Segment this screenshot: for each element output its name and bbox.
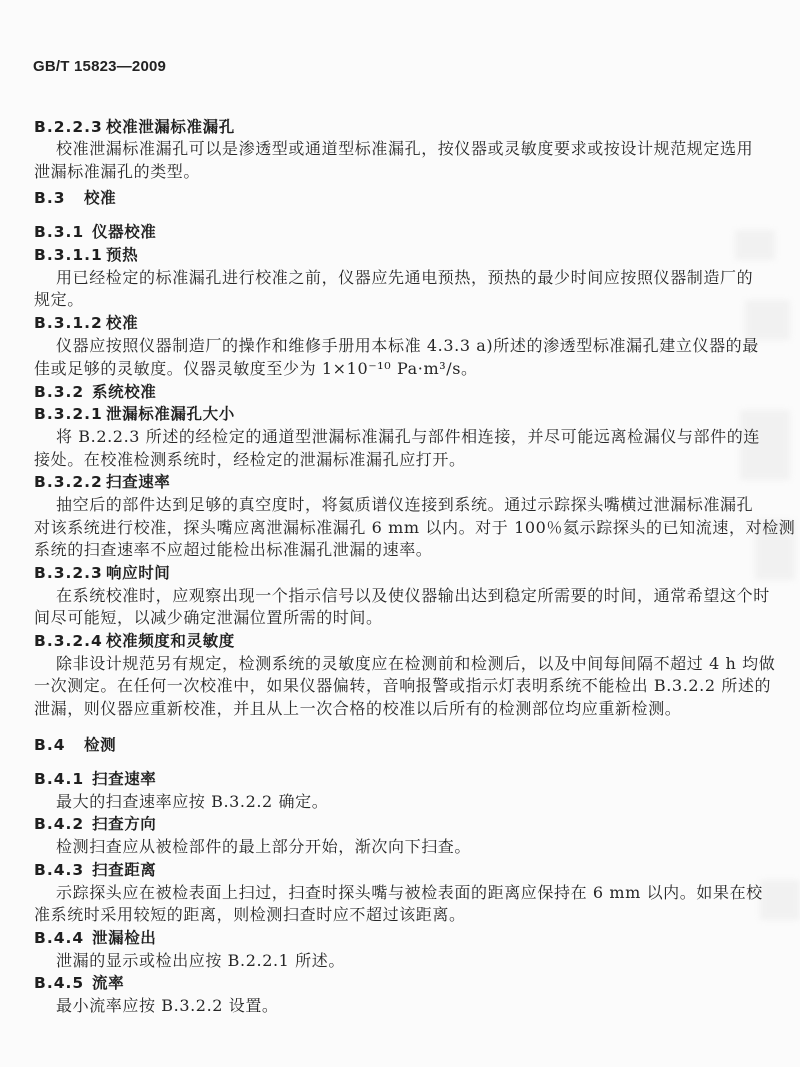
section-heading: B.3.2.4校准频度和灵敏度 bbox=[34, 631, 774, 651]
paragraph-line: 规定。 bbox=[34, 290, 774, 310]
paragraph-line: 将 B.2.2.3 所述的经检定的通道型泄漏标准漏孔与部件相连接，并尽可能远离检… bbox=[56, 427, 796, 447]
section-title: 泄漏标准漏孔大小 bbox=[106, 405, 235, 423]
section-number: B.3.2.4 bbox=[34, 631, 106, 651]
section-number: B.4.4 bbox=[34, 928, 92, 948]
section-heading: B.3.1.1预热 bbox=[34, 245, 774, 265]
standard-code-header: GB/T 15823—2009 bbox=[33, 58, 166, 75]
section-title: 校准泄漏标准漏孔 bbox=[106, 118, 235, 136]
paragraph-line: 抽空后的部件达到足够的真空度时，将氦质谱仪连接到系统。通过示踪探头嘴横过泄漏标准… bbox=[56, 495, 796, 515]
section-title: 校准 bbox=[84, 189, 116, 207]
section-heading: B.4.1扫查速率 bbox=[34, 769, 774, 789]
paragraph-line: 示踪探头应在被检表面上扫过，扫查时探头嘴与被检表面的距离应保持在 6 mm 以内… bbox=[56, 883, 796, 903]
section-heading: B.3.2.1泄漏标准漏孔大小 bbox=[34, 404, 774, 424]
section-title: 扫查速率 bbox=[106, 473, 170, 491]
section-title: 扫查速率 bbox=[92, 770, 156, 788]
paragraph-line: 接处。在校准检测系统时，经检定的泄漏标准漏孔应打开。 bbox=[34, 450, 774, 470]
section-heading: B.4.5流率 bbox=[34, 973, 774, 993]
section-title: 检测 bbox=[84, 736, 116, 754]
section-heading: B.3.1.2校准 bbox=[34, 313, 774, 333]
section-title: 校准频度和灵敏度 bbox=[106, 632, 235, 650]
section-heading: B.3.2.3响应时间 bbox=[34, 563, 774, 583]
section-heading: B.3.2系统校准 bbox=[34, 382, 774, 402]
section-heading: B.2.2.3校准泄漏标准漏孔 bbox=[34, 117, 774, 137]
paragraph-line: 用已经检定的标准漏孔进行校准之前，仪器应先通电预热，预热的最少时间应按照仪器制造… bbox=[56, 268, 796, 288]
section-title: 响应时间 bbox=[106, 564, 170, 582]
section-number: B.4 bbox=[34, 735, 84, 755]
section-number: B.3.2.2 bbox=[34, 472, 106, 492]
section-number: B.4.1 bbox=[34, 769, 92, 789]
section-number: B.3.1 bbox=[34, 222, 92, 242]
section-number: B.3.1.2 bbox=[34, 313, 106, 333]
section-title: 扫查方向 bbox=[92, 815, 156, 833]
section-heading: B.4.4泄漏检出 bbox=[34, 928, 774, 948]
section-title: 预热 bbox=[106, 246, 138, 264]
section-title: 系统校准 bbox=[92, 383, 156, 401]
paragraph-line: 最大的扫查速率应按 B.3.2.2 确定。 bbox=[56, 792, 796, 812]
document-page: GB/T 15823—2009 B.2.2.3校准泄漏标准漏孔校准泄漏标准漏孔可… bbox=[0, 0, 800, 1067]
paragraph-line: 准系统时采用较短的距离，则检测扫查时应不超过该距离。 bbox=[34, 905, 774, 925]
paragraph-line: 泄漏标准漏孔的类型。 bbox=[34, 162, 774, 182]
paragraph-line: 佳或足够的灵敏度。仪器灵敏度至少为 1×10⁻¹⁰ Pa·m³/s。 bbox=[34, 359, 774, 379]
section-heading: B.4检测 bbox=[34, 735, 774, 755]
section-heading: B.3.2.2扫查速率 bbox=[34, 472, 774, 492]
section-title: 仪器校准 bbox=[92, 223, 156, 241]
paragraph-line: 除非设计规范另有规定，检测系统的灵敏度应在检测前和检测后，以及中间每间隔不超过 … bbox=[56, 654, 796, 674]
section-number: B.4.3 bbox=[34, 860, 92, 880]
paragraph-line: 在系统校准时，应观察出现一个指示信号以及使仪器输出达到稳定所需要的时间，通常希望… bbox=[56, 586, 796, 606]
paragraph-line: 校准泄漏标准漏孔可以是渗透型或通道型标准漏孔，按仪器或灵敏度要求或按设计规范规定… bbox=[56, 139, 796, 159]
paragraph-line: 仪器应按照仪器制造厂的操作和维修手册用本标准 4.3.3 a)所述的渗透型标准漏… bbox=[56, 336, 796, 356]
section-number: B.4.5 bbox=[34, 973, 92, 993]
section-title: 校准 bbox=[106, 314, 138, 332]
section-heading: B.3.1仪器校准 bbox=[34, 222, 774, 242]
section-heading: B.4.3扫查距离 bbox=[34, 860, 774, 880]
section-title: 流率 bbox=[92, 974, 124, 992]
paragraph-line: 一次测定。在任何一次校准中，如果仪器偏转，音响报警或指示灯表明系统不能检出 B.… bbox=[34, 676, 774, 696]
section-heading: B.3校准 bbox=[34, 188, 774, 208]
paragraph-line: 间尽可能短，以减少确定泄漏位置所需的时间。 bbox=[34, 608, 774, 628]
paragraph-line: 检测扫查应从被检部件的最上部分开始，渐次向下扫查。 bbox=[56, 837, 796, 857]
section-title: 泄漏检出 bbox=[92, 929, 156, 947]
section-number: B.3.1.1 bbox=[34, 245, 106, 265]
section-heading: B.4.2扫查方向 bbox=[34, 814, 774, 834]
paragraph-line: 泄漏，则仪器应重新校准，并且从上一次合格的校准以后所有的检测部位均应重新检测。 bbox=[34, 699, 774, 719]
paragraph-line: 系统的扫查速率不应超过能检出标准漏孔泄漏的速率。 bbox=[34, 540, 774, 560]
section-number: B.4.2 bbox=[34, 814, 92, 834]
section-number: B.3.2.3 bbox=[34, 563, 106, 583]
section-title: 扫查距离 bbox=[92, 861, 156, 879]
section-number: B.3.2 bbox=[34, 382, 92, 402]
section-number: B.2.2.3 bbox=[34, 117, 106, 137]
section-number: B.3.2.1 bbox=[34, 404, 106, 424]
paragraph-line: 最小流率应按 B.3.2.2 设置。 bbox=[56, 996, 796, 1016]
section-number: B.3 bbox=[34, 188, 84, 208]
paragraph-line: 泄漏的显示或检出应按 B.2.2.1 所述。 bbox=[56, 951, 796, 971]
paragraph-line: 对该系统进行校准，探头嘴应离泄漏标准漏孔 6 mm 以内。对于 100％氦示踪探… bbox=[34, 518, 774, 538]
